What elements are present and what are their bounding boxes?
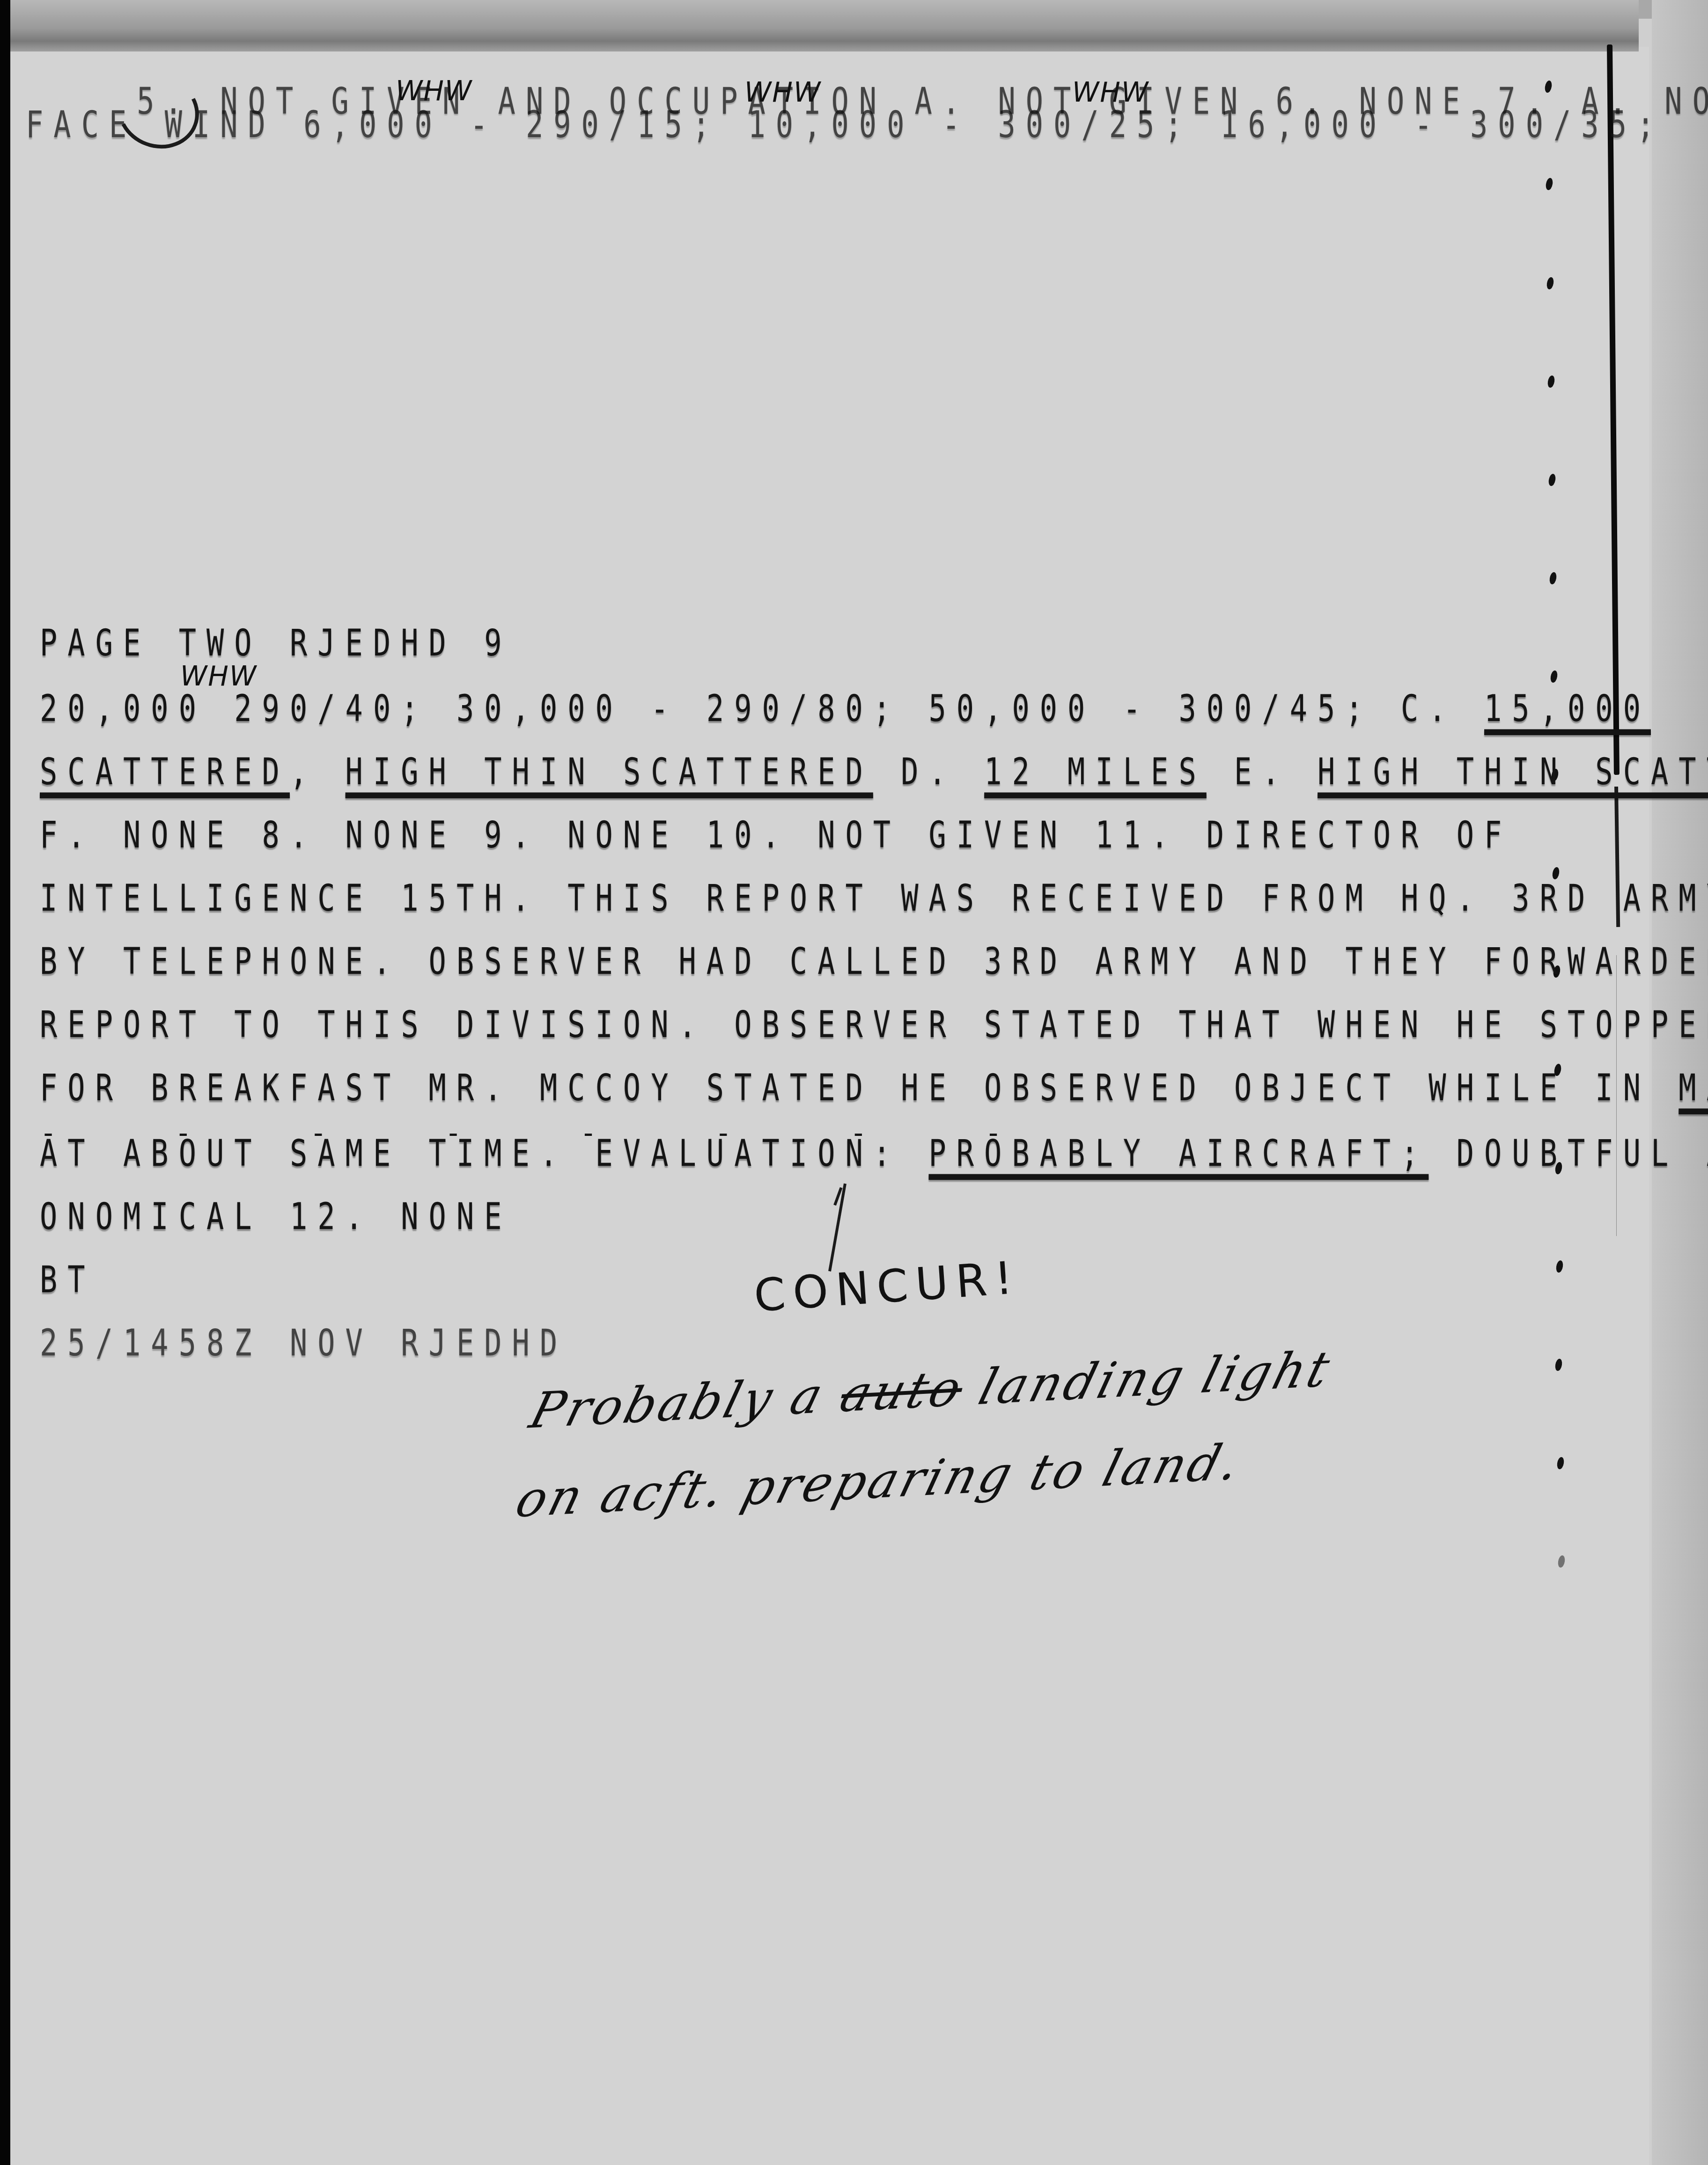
underlined-phrase: HIGH THIN SCATTERED <box>1318 751 1708 793</box>
separator: , <box>290 751 346 793</box>
feed-mark <box>1549 572 1557 584</box>
handwritten-initials: WHW <box>180 663 257 690</box>
film-left-edge <box>0 0 10 2165</box>
evaluation-text: DOUBTFUL ASTR- <box>1428 1132 1708 1175</box>
feed-mark <box>1556 1457 1565 1469</box>
body-line-2: SCATTERED, HIGH THIN SCATTERED D. 12 MIL… <box>40 754 1708 790</box>
signoff: BT <box>40 1262 96 1298</box>
body-line-1: 20,000 290/40; 30,000 - 290/80; 50,000 -… <box>40 691 1651 727</box>
page-header: PAGE TWO RJEDHD 9 <box>40 625 512 662</box>
feed-mark <box>1548 474 1556 486</box>
handwritten-initials: WHW <box>744 79 821 106</box>
feed-mark <box>1545 178 1553 190</box>
body-line-4: INTELLIGENCE 15TH. THIS REPORT WAS RECEI… <box>40 880 1708 917</box>
feed-mark <box>1547 376 1555 388</box>
scanned-page: 5. NOT GIVEN AND OCCUPATION A. NOT GIVEN… <box>0 0 1708 2165</box>
feed-mark <box>1546 277 1554 289</box>
body-line-3: F. NONE 8. NONE 9. NONE 10. NOT GIVEN 11… <box>40 817 1512 854</box>
body-line-9: ONOMICAL 12. NONE <box>40 1199 512 1235</box>
handwritten-initials: WHW <box>1072 79 1149 106</box>
feed-mark <box>1554 1359 1563 1371</box>
underlined-ceiling: 15,000 <box>1484 687 1651 730</box>
body-line-6: REPORT TO THIS DIVISION. OBSERVER STATED… <box>40 1007 1708 1043</box>
statement-text: FOR BREAKFAST MR. MCCOY STATED HE OBSERV… <box>40 1067 1679 1109</box>
underlined-phrase: HIGH THIN SCATTERED <box>346 751 873 793</box>
underlined-evaluation: PROBABLY AIRCRAFT; <box>928 1132 1428 1175</box>
date-time-group: 25/1458Z NOV RJEDHD <box>40 1325 567 1362</box>
body-line-7: FOR BREAKFAST MR. MCCOY STATED HE OBSERV… <box>40 1070 1708 1106</box>
feed-mark <box>1555 1260 1564 1273</box>
body-line-8: AT ABOUT SAME TIME. EVALUATION: PROBABLY… <box>40 1135 1708 1172</box>
body-line-5: BY TELEPHONE. OBSERVER HAD CALLED 3RD AR… <box>40 943 1708 980</box>
handwritten-initials: WHW <box>396 77 472 104</box>
winds-aloft-text: 20,000 290/40; 30,000 - 290/80; 50,000 -… <box>40 687 1484 730</box>
second-partial-line: FACE WIND 6,000 - 290/15; 10,000 - 300/2… <box>26 107 1664 143</box>
underlined-phrase: SCATTERED <box>40 751 290 793</box>
underlined-location: MACON <box>1679 1067 1708 1109</box>
overlapping-sheet-shadow <box>0 0 1639 52</box>
item-label: D. <box>873 751 984 793</box>
struck-word: auto <box>834 1359 970 1423</box>
evaluation-label: AT ABOUT SAME TIME. EVALUATION: <box>40 1132 928 1175</box>
feed-mark <box>1550 670 1558 683</box>
item-label: E. <box>1207 751 1318 793</box>
underlined-visibility: 12 MILES <box>984 751 1207 793</box>
